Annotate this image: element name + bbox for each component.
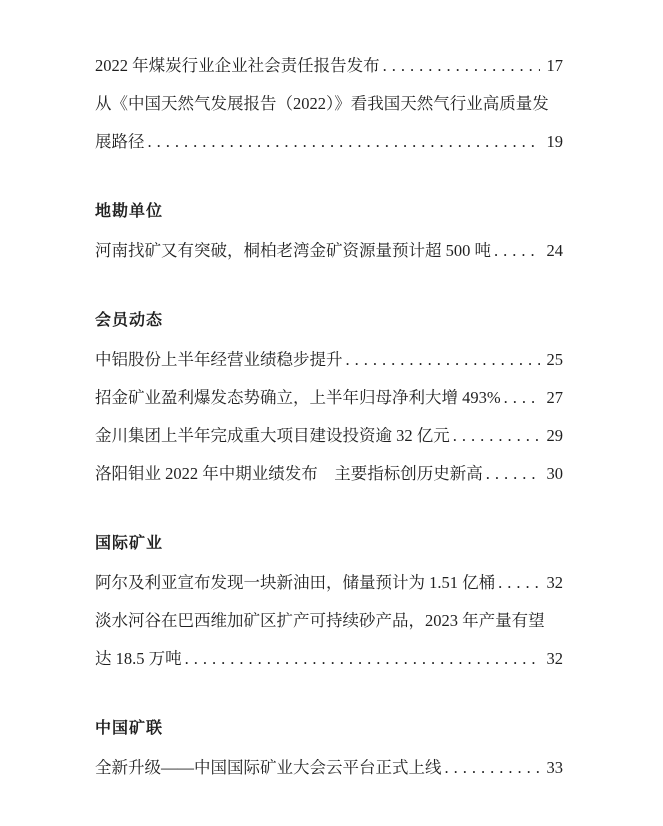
toc-section: 地勘单位河南找矿又有突破，桐柏老湾金矿资源量预计超 500 吨24 bbox=[95, 201, 563, 278]
dot-leader bbox=[148, 131, 541, 152]
dot-leader bbox=[504, 387, 540, 408]
toc-entry[interactable]: 招金矿业盈利爆发态势确立，上半年归母净利大增 493%27 bbox=[95, 387, 563, 408]
section-heading: 中国矿联 bbox=[95, 718, 563, 739]
entry-title: 全新升级——中国国际矿业大会云平台正式上线 bbox=[95, 757, 442, 778]
toc-entry[interactable]: 全新升级——中国国际矿业大会云平台正式上线33 bbox=[95, 757, 563, 778]
dot-leader bbox=[486, 463, 540, 484]
section-heading: 国际矿业 bbox=[95, 533, 563, 554]
page-number: 17 bbox=[543, 55, 563, 76]
toc-entry-line: 2022 年煤炭行业企业社会责任报告发布17 bbox=[95, 55, 563, 76]
page-number: 27 bbox=[543, 387, 563, 408]
toc-entry[interactable]: 洛阳钼业 2022 年中期业绩发布 主要指标创历史新高30 bbox=[95, 463, 563, 484]
toc-entry[interactable]: 中铝股份上半年经营业绩稳步提升25 bbox=[95, 349, 563, 370]
toc-entry[interactable]: 阿尔及利亚宣布发现一块新油田，储量预计为 1.51 亿桶32 bbox=[95, 572, 563, 593]
toc-entry-line: 达 18.5 万吨32 bbox=[95, 648, 563, 669]
entry-title: 洛阳钼业 2022 年中期业绩发布 主要指标创历史新高 bbox=[95, 463, 483, 484]
toc-section: 会员动态中铝股份上半年经营业绩稳步提升25招金矿业盈利爆发态势确立，上半年归母净… bbox=[95, 310, 563, 501]
dot-leader bbox=[185, 648, 540, 669]
entry-title: 招金矿业盈利爆发态势确立，上半年归母净利大增 493% bbox=[95, 387, 501, 408]
toc-entry[interactable]: 金川集团上半年完成重大项目建设投资逾 32 亿元29 bbox=[95, 425, 563, 446]
page-number: 30 bbox=[543, 463, 563, 484]
toc-entry-line: 招金矿业盈利爆发态势确立，上半年归母净利大增 493%27 bbox=[95, 387, 563, 408]
page-number: 25 bbox=[543, 349, 563, 370]
page-number: 32 bbox=[543, 648, 563, 669]
dot-leader bbox=[383, 55, 540, 76]
entry-title: 金川集团上半年完成重大项目建设投资逾 32 亿元 bbox=[95, 425, 450, 446]
entry-title: 达 18.5 万吨 bbox=[95, 648, 182, 669]
toc-entry[interactable]: 2022 年煤炭行业企业社会责任报告发布17 bbox=[95, 55, 563, 76]
dot-leader bbox=[494, 240, 540, 261]
toc-entry-line: 洛阳钼业 2022 年中期业绩发布 主要指标创历史新高30 bbox=[95, 463, 563, 484]
toc-entry-line: 从《中国天然气发展报告（2022）》看我国天然气行业高质量发 bbox=[95, 93, 563, 114]
toc-entry-line: 金川集团上半年完成重大项目建设投资逾 32 亿元29 bbox=[95, 425, 563, 446]
entry-title: 淡水河谷在巴西维加矿区扩产可持续砂产品，2023 年产量有望 bbox=[95, 610, 545, 631]
entry-title: 中铝股份上半年经营业绩稳步提升 bbox=[95, 349, 343, 370]
entry-title: 河南找矿又有突破，桐柏老湾金矿资源量预计超 500 吨 bbox=[95, 240, 491, 261]
dot-leader bbox=[453, 425, 540, 446]
toc-entry-line: 中铝股份上半年经营业绩稳步提升25 bbox=[95, 349, 563, 370]
toc-section: 中国矿联全新升级——中国国际矿业大会云平台正式上线33 bbox=[95, 718, 563, 795]
table-of-contents: 2022 年煤炭行业企业社会责任报告发布17从《中国天然气发展报告（2022）》… bbox=[95, 55, 563, 795]
section-heading: 会员动态 bbox=[95, 310, 563, 331]
toc-entry[interactable]: 淡水河谷在巴西维加矿区扩产可持续砂产品，2023 年产量有望达 18.5 万吨3… bbox=[95, 610, 563, 669]
dot-leader bbox=[498, 572, 540, 593]
entry-title: 阿尔及利亚宣布发现一块新油田，储量预计为 1.51 亿桶 bbox=[95, 572, 495, 593]
page-number: 32 bbox=[543, 572, 563, 593]
toc-entry-line: 河南找矿又有突破，桐柏老湾金矿资源量预计超 500 吨24 bbox=[95, 240, 563, 261]
toc-entry[interactable]: 从《中国天然气发展报告（2022）》看我国天然气行业高质量发展路径19 bbox=[95, 93, 563, 152]
dot-leader bbox=[445, 757, 541, 778]
entry-title: 2022 年煤炭行业企业社会责任报告发布 bbox=[95, 55, 380, 76]
toc-section: 2022 年煤炭行业企业社会责任报告发布17从《中国天然气发展报告（2022）》… bbox=[95, 55, 563, 169]
page-number: 19 bbox=[543, 131, 563, 152]
document-page: 2022 年煤炭行业企业社会责任报告发布17从《中国天然气发展报告（2022）》… bbox=[0, 0, 663, 826]
entry-title: 从《中国天然气发展报告（2022）》看我国天然气行业高质量发 bbox=[95, 93, 549, 114]
section-heading: 地勘单位 bbox=[95, 201, 563, 222]
entry-title: 展路径 bbox=[95, 131, 145, 152]
page-number: 33 bbox=[543, 757, 563, 778]
toc-entry-line: 全新升级——中国国际矿业大会云平台正式上线33 bbox=[95, 757, 563, 778]
toc-entry-line: 展路径19 bbox=[95, 131, 563, 152]
toc-entry-line: 阿尔及利亚宣布发现一块新油田，储量预计为 1.51 亿桶32 bbox=[95, 572, 563, 593]
toc-section: 国际矿业阿尔及利亚宣布发现一块新油田，储量预计为 1.51 亿桶32淡水河谷在巴… bbox=[95, 533, 563, 686]
page-number: 29 bbox=[543, 425, 563, 446]
dot-leader bbox=[346, 349, 541, 370]
toc-entry[interactable]: 河南找矿又有突破，桐柏老湾金矿资源量预计超 500 吨24 bbox=[95, 240, 563, 261]
page-number: 24 bbox=[543, 240, 563, 261]
toc-entry-line: 淡水河谷在巴西维加矿区扩产可持续砂产品，2023 年产量有望 bbox=[95, 610, 563, 631]
